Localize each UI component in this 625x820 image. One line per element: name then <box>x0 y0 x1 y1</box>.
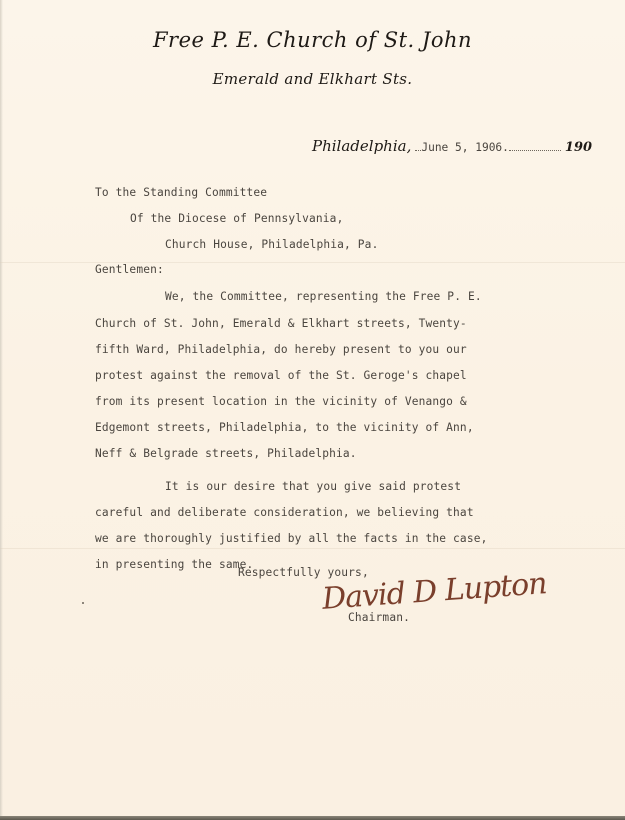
letterhead-title: Free P. E. Church of St. John <box>0 28 625 52</box>
letter-page: Free P. E. Church of St. John Emerald an… <box>0 0 625 816</box>
address-line-3: Church House, Philadelphia, Pa. <box>165 238 378 251</box>
letterhead-address: Emerald and Elkhart Sts. <box>0 70 625 88</box>
body-line: Church of St. John, Emerald & Elkhart st… <box>95 317 467 330</box>
body-line: we are thoroughly justified by all the f… <box>95 532 487 545</box>
dateline: Philadelphia, June 5, 1906. 190 <box>312 137 592 159</box>
body-line: in presenting the same. <box>95 558 253 571</box>
scan-bottom-edge <box>0 816 625 820</box>
address-line-2: Of the Diocese of Pennsylvania, <box>130 212 343 225</box>
body-line: from its present location in the vicinit… <box>95 395 467 408</box>
dotted-rule <box>509 150 561 151</box>
dateline-city: Philadelphia, <box>312 137 411 155</box>
dateline-printed-year: 190 <box>565 140 592 155</box>
dateline-typed-date: June 5, 1906. <box>421 141 509 154</box>
body-line: Neff & Belgrade streets, Philadelphia. <box>95 447 357 460</box>
complimentary-close: Respectfully yours, <box>238 566 369 579</box>
body-line: protest against the removal of the St. G… <box>95 369 467 382</box>
body-line: We, the Committee, representing the Free… <box>165 290 482 303</box>
body-line: It is our desire that you give said prot… <box>165 480 461 493</box>
signer-title: Chairman. <box>348 611 410 624</box>
body-line: careful and deliberate consideration, we… <box>95 506 474 519</box>
body-line: fifth Ward, Philadelphia, do hereby pres… <box>95 343 467 356</box>
paper-speck <box>82 602 84 604</box>
address-line-1: To the Standing Committee <box>95 186 267 199</box>
salutation: Gentlemen: <box>95 263 164 276</box>
paper-fold-line <box>0 548 625 549</box>
body-line: Edgemont streets, Philadelphia, to the v… <box>95 421 474 434</box>
paper-fold-line <box>0 262 625 263</box>
